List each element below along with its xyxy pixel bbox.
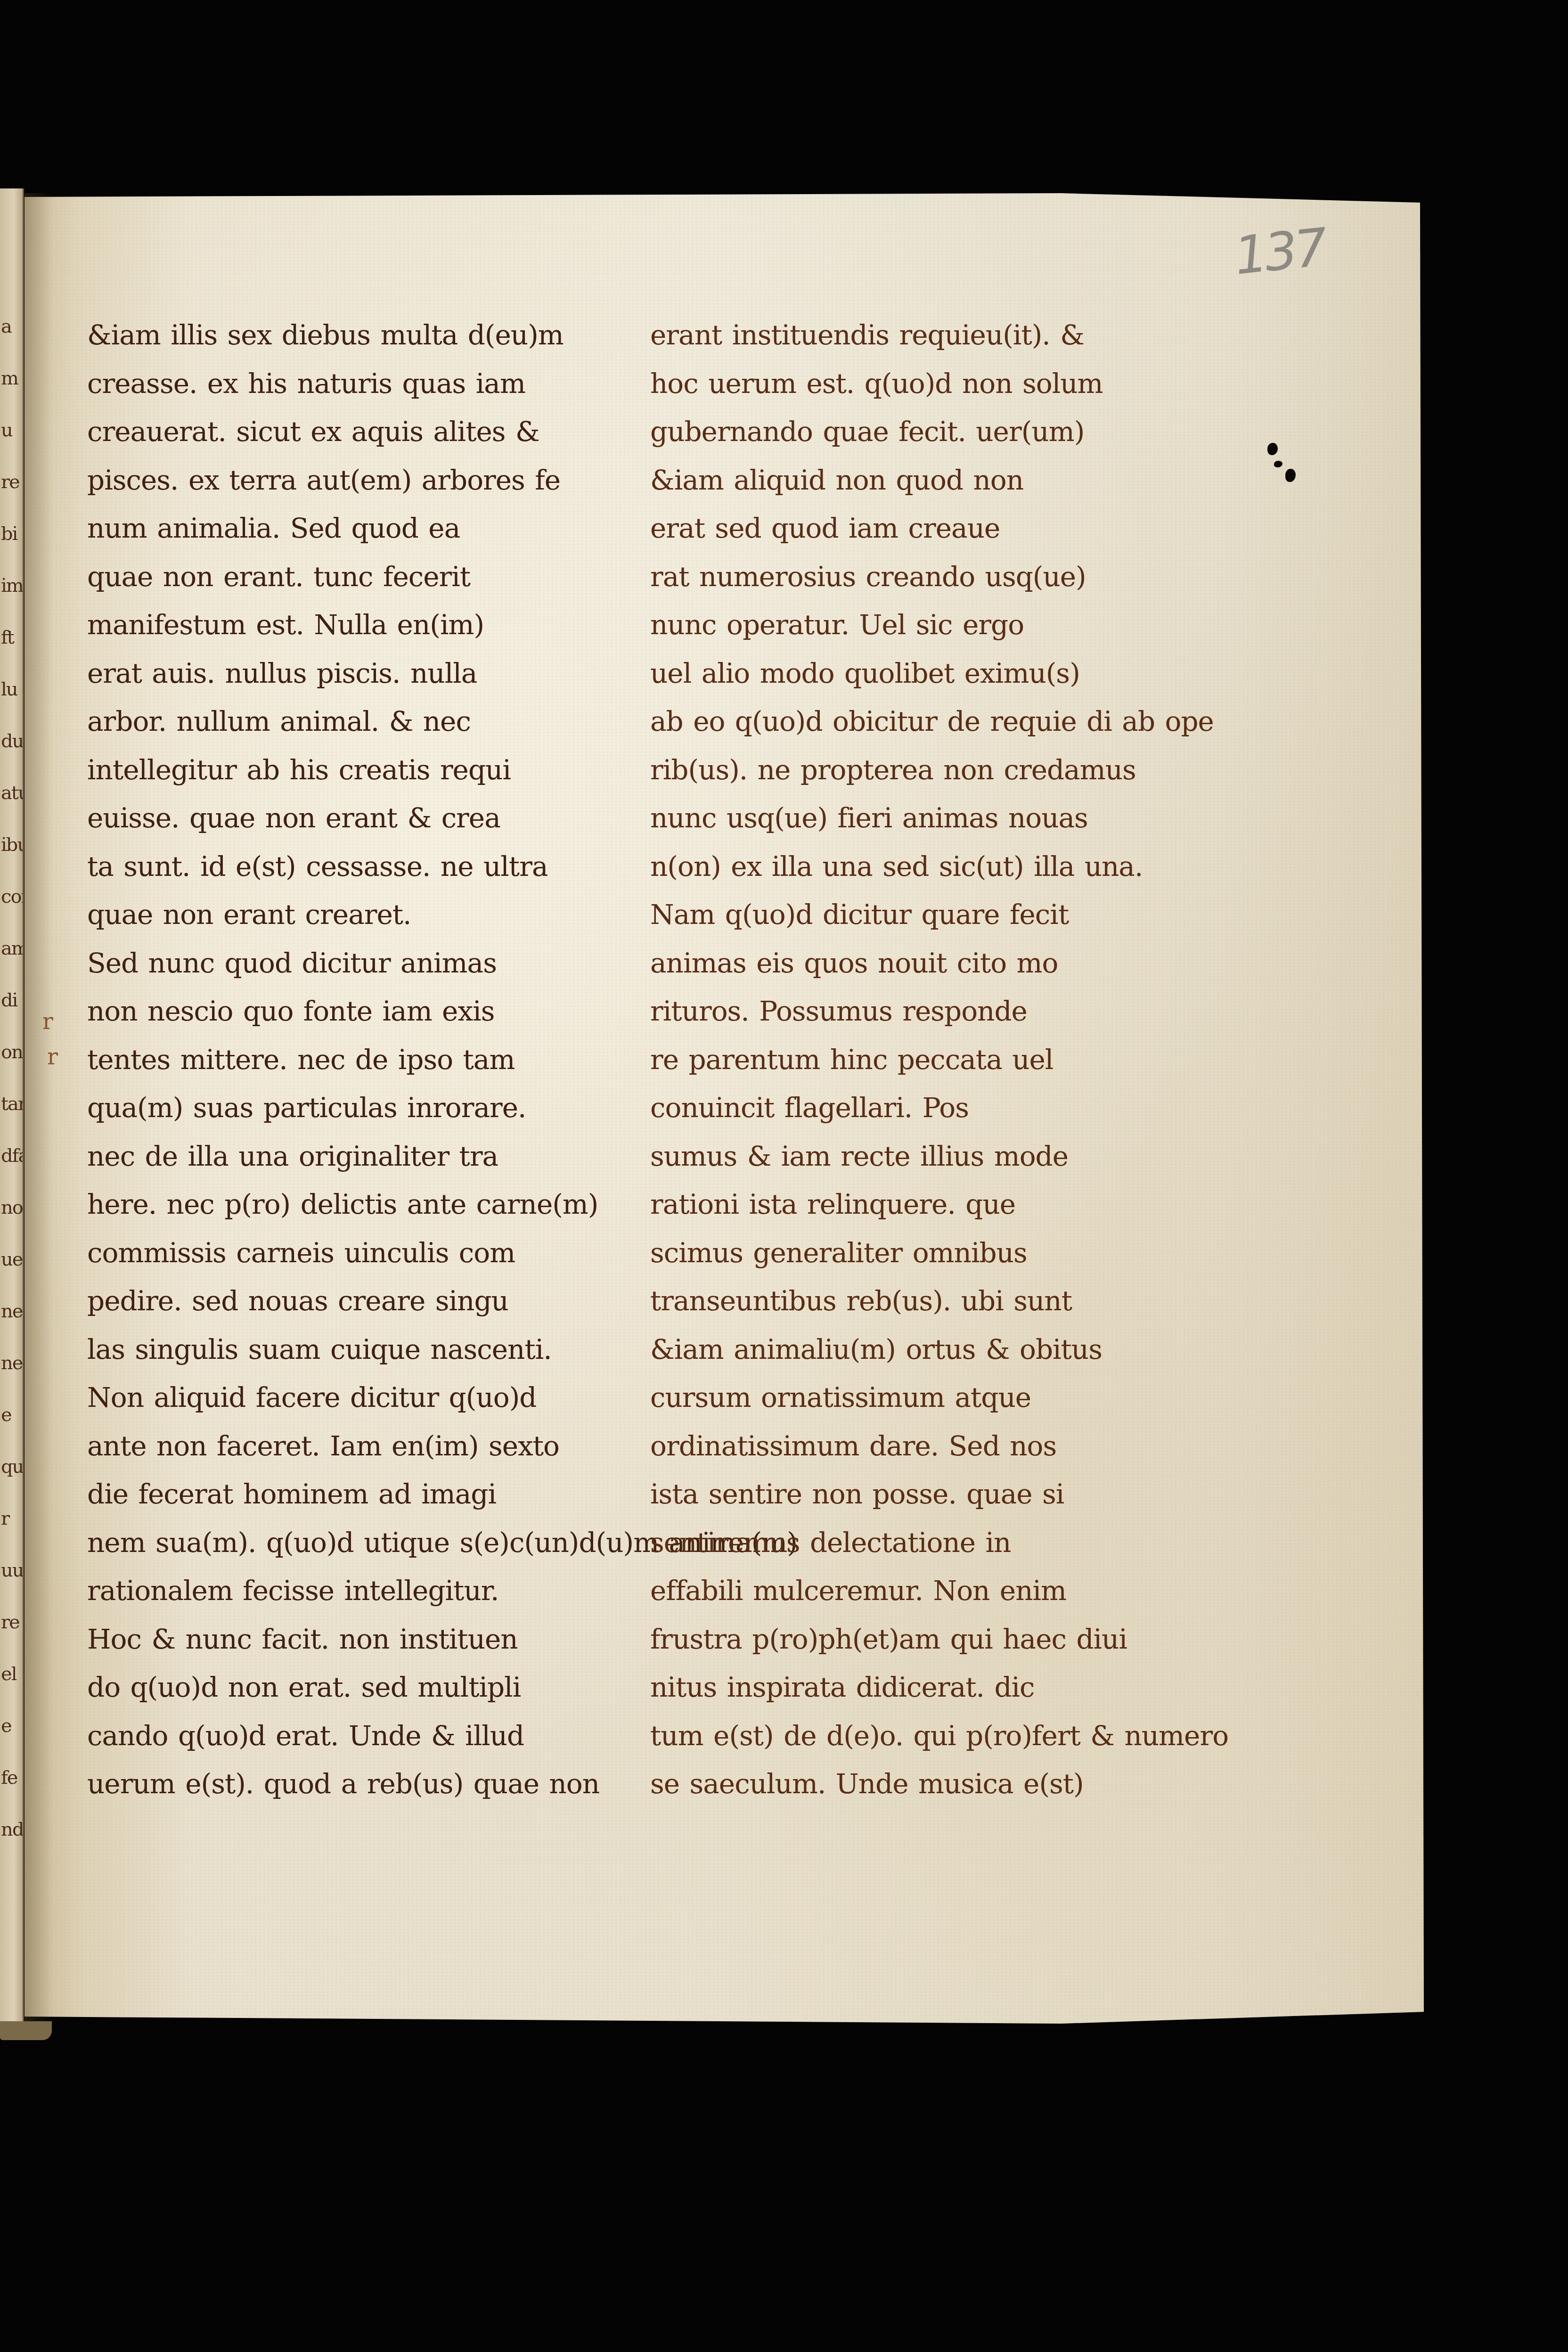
manuscript-line: quae non erant. tunc fecerit (87, 553, 624, 601)
facing-page-line-fragment: tan (1, 1093, 24, 1115)
facing-page-line-fragment: ne (1, 1300, 22, 1322)
manuscript-line: quae non erant crearet. (87, 890, 624, 939)
manuscript-line: Hoc & nunc facit. non instituen (87, 1615, 624, 1664)
facing-page-line-fragment: non (1, 1197, 24, 1218)
manuscript-line: re parentum hinc peccata uel (650, 1036, 1206, 1084)
manuscript-line: rib(us). ne propterea non credamus (650, 746, 1206, 794)
manuscript-line: nunc operatur. Uel sic ergo (650, 601, 1206, 649)
gutter-shadow (24, 193, 53, 2021)
binding-edge (0, 2021, 52, 2040)
manuscript-line: las singulis suam cuique nascenti. (87, 1325, 624, 1374)
facing-page-line-fragment: m (1, 367, 18, 389)
manuscript-line: animas eis quos nouit cito mo (650, 939, 1206, 988)
folio-number: 137 (1232, 217, 1328, 286)
manuscript-line: tum e(st) de d(e)o. qui p(ro)fert & nume… (650, 1712, 1206, 1760)
manuscript-line: uel alio modo quolibet eximu(s) (650, 649, 1206, 698)
manuscript-line: &iam illis sex diebus multa d(eu)m (87, 311, 624, 359)
facing-page-line-fragment: im (1, 575, 23, 596)
manuscript-line: nitus inspirata didicerat. dic (650, 1663, 1206, 1712)
manuscript-line: die fecerat hominem ad imagi (87, 1470, 624, 1519)
facing-page-line-fragment: a (1, 316, 11, 337)
facing-page-line-fragment: u (1, 419, 12, 441)
manuscript-line: ab eo q(uo)d obicitur de requie di ab op… (650, 697, 1206, 746)
facing-page-line-fragment: ndi (1, 1819, 24, 1840)
manuscript-line: commissis carneis uinculis com (87, 1229, 624, 1277)
manuscript-line: num animalia. Sed quod ea (87, 504, 624, 553)
manuscript-line: &iam animaliu(m) ortus & obitus (650, 1325, 1206, 1374)
manuscript-line: arbor. nullum animal. & nec (87, 697, 624, 746)
facing-page-line-fragment: re (1, 1611, 19, 1633)
manuscript-line: here. nec p(ro) delictis ante carne(m) (87, 1180, 624, 1229)
manuscript-line: Sed nunc quod dicitur animas (87, 939, 624, 988)
manuscript-line: pedire. sed nouas creare singu (87, 1277, 624, 1325)
manuscript-line: rituros. Possumus responde (650, 987, 1206, 1036)
manuscript-line: sumus & iam recte illius mode (650, 1132, 1206, 1181)
manuscript-line: se saeculum. Unde musica e(st) (650, 1760, 1206, 1808)
manuscript-line: erat auis. nullus piscis. nulla (87, 649, 624, 698)
facing-page-line-fragment: uu (1, 1560, 24, 1581)
manuscript-line: effabili mulceremur. Non enim (650, 1567, 1206, 1615)
manuscript-line: nem sua(m). q(uo)d utique s(e)c(un)d(u)m… (87, 1519, 624, 1567)
manuscript-line: uerum e(st). quod a reb(us) quae non (87, 1760, 624, 1808)
facing-page-line-fragment: con (1, 886, 24, 907)
manuscript-line: hoc uerum est. q(uo)d non solum (650, 359, 1206, 408)
facing-page-line-fragment: r (1, 1508, 9, 1529)
facing-page-line-fragment: e (1, 1404, 11, 1426)
facing-page-line-fragment: dfac (1, 1145, 24, 1167)
facing-page-line-fragment: qui (1, 1456, 24, 1478)
manuscript-line: erat sed quod iam creaue (650, 504, 1206, 553)
manuscript-line: manifestum est. Nulla en(im) (87, 601, 624, 649)
text-column-left: &iam illis sex diebus multa d(eu)mcreass… (87, 311, 624, 1808)
facing-page-line-fragment: bi (1, 523, 17, 545)
facing-page-line-fragment: atur (1, 782, 24, 804)
facing-page-line-fragment: lu (1, 678, 17, 700)
facing-page-edge: amurebiimftludunaturibuconamdiontandfacn… (0, 188, 24, 2026)
manuscript-line: nunc usq(ue) fieri animas nouas (650, 794, 1206, 842)
manuscript-line: rationi ista relinquere. que (650, 1180, 1206, 1229)
facing-page-line-fragment: fe (1, 1767, 17, 1788)
manuscript-line: cando q(uo)d erat. Unde & illud (87, 1712, 624, 1760)
manuscript-line: rationalem fecisse intellegitur. (87, 1567, 624, 1615)
manuscript-line: conuincit flagellari. Pos (650, 1084, 1206, 1132)
facing-page-line-fragment: e (1, 1715, 11, 1737)
manuscript-line: intellegitur ab his creatis requi (87, 746, 624, 794)
facing-page-line-fragment: am (1, 938, 24, 959)
manuscript-line: erant instituendis requieu(it). & (650, 311, 1206, 359)
facing-page-line-fragment: el (1, 1663, 16, 1685)
manuscript-line: Nam q(uo)d dicitur quare fecit (650, 890, 1206, 939)
text-column-right: erant instituendis requieu(it). &hoc uer… (650, 311, 1206, 1808)
manuscript-line: n(on) ex illa una sed sic(ut) illa una. (650, 842, 1206, 891)
manuscript-line: ta sunt. id e(st) cessasse. ne ultra (87, 842, 624, 891)
manuscript-line: tentes mittere. nec de ipso tam (87, 1036, 624, 1084)
manuscript-line: euisse. quae non erant & crea (87, 794, 624, 842)
manuscript-line: pisces. ex terra aut(em) arbores fe (87, 456, 624, 505)
facing-page-line-fragment: ne (1, 1352, 22, 1374)
manuscript-line: rat numerosius creando usq(ue) (650, 553, 1206, 601)
facing-page-line-fragment: di (1, 989, 17, 1011)
facing-page-line-fragment: re (1, 471, 19, 493)
manuscript-line: qua(m) suas particulas inrorare. (87, 1084, 624, 1132)
manuscript-line: nec de illa una originaliter tra (87, 1132, 624, 1181)
manuscript-line: Non aliquid facere dicitur q(uo)d (87, 1373, 624, 1422)
manuscript-line: non nescio quo fonte iam exis (87, 987, 624, 1036)
manuscript-line: frustra p(ro)ph(et)am qui haec diui (650, 1615, 1206, 1664)
margin-mark-1: r (42, 1008, 53, 1035)
manuscript-line: ordinatissimum dare. Sed nos (650, 1422, 1206, 1470)
ink-blot-marks (1267, 443, 1296, 485)
manuscript-line: gubernando quae fecit. uer(um) (650, 408, 1206, 456)
manuscript-line: &iam aliquid non quod non (650, 456, 1206, 505)
manuscript-line: creauerat. sicut ex aquis alites & (87, 408, 624, 456)
manuscript-line: cursum ornatissimum atque (650, 1373, 1206, 1422)
manuscript-line: ista sentire non posse. quae si (650, 1470, 1206, 1519)
manuscript-line: ante non faceret. Iam en(im) sexto (87, 1422, 624, 1470)
manuscript-line: sentiremus delectatione in (650, 1519, 1206, 1567)
manuscript-line: do q(uo)d non erat. sed multipli (87, 1663, 624, 1712)
margin-mark-2: r (47, 1044, 58, 1070)
facing-page-line-fragment: dun (1, 730, 24, 752)
facing-page-line-fragment: on (1, 1041, 23, 1063)
manuscript-line: transeuntibus reb(us). ubi sunt (650, 1277, 1206, 1325)
manuscript-line: scimus generaliter omnibus (650, 1229, 1206, 1277)
facing-page-line-fragment: ueu (1, 1249, 24, 1270)
manuscript-line: creasse. ex his naturis quas iam (87, 359, 624, 408)
facing-page-line-fragment: ft (1, 627, 14, 648)
facing-page-line-fragment: ibu (1, 834, 24, 856)
